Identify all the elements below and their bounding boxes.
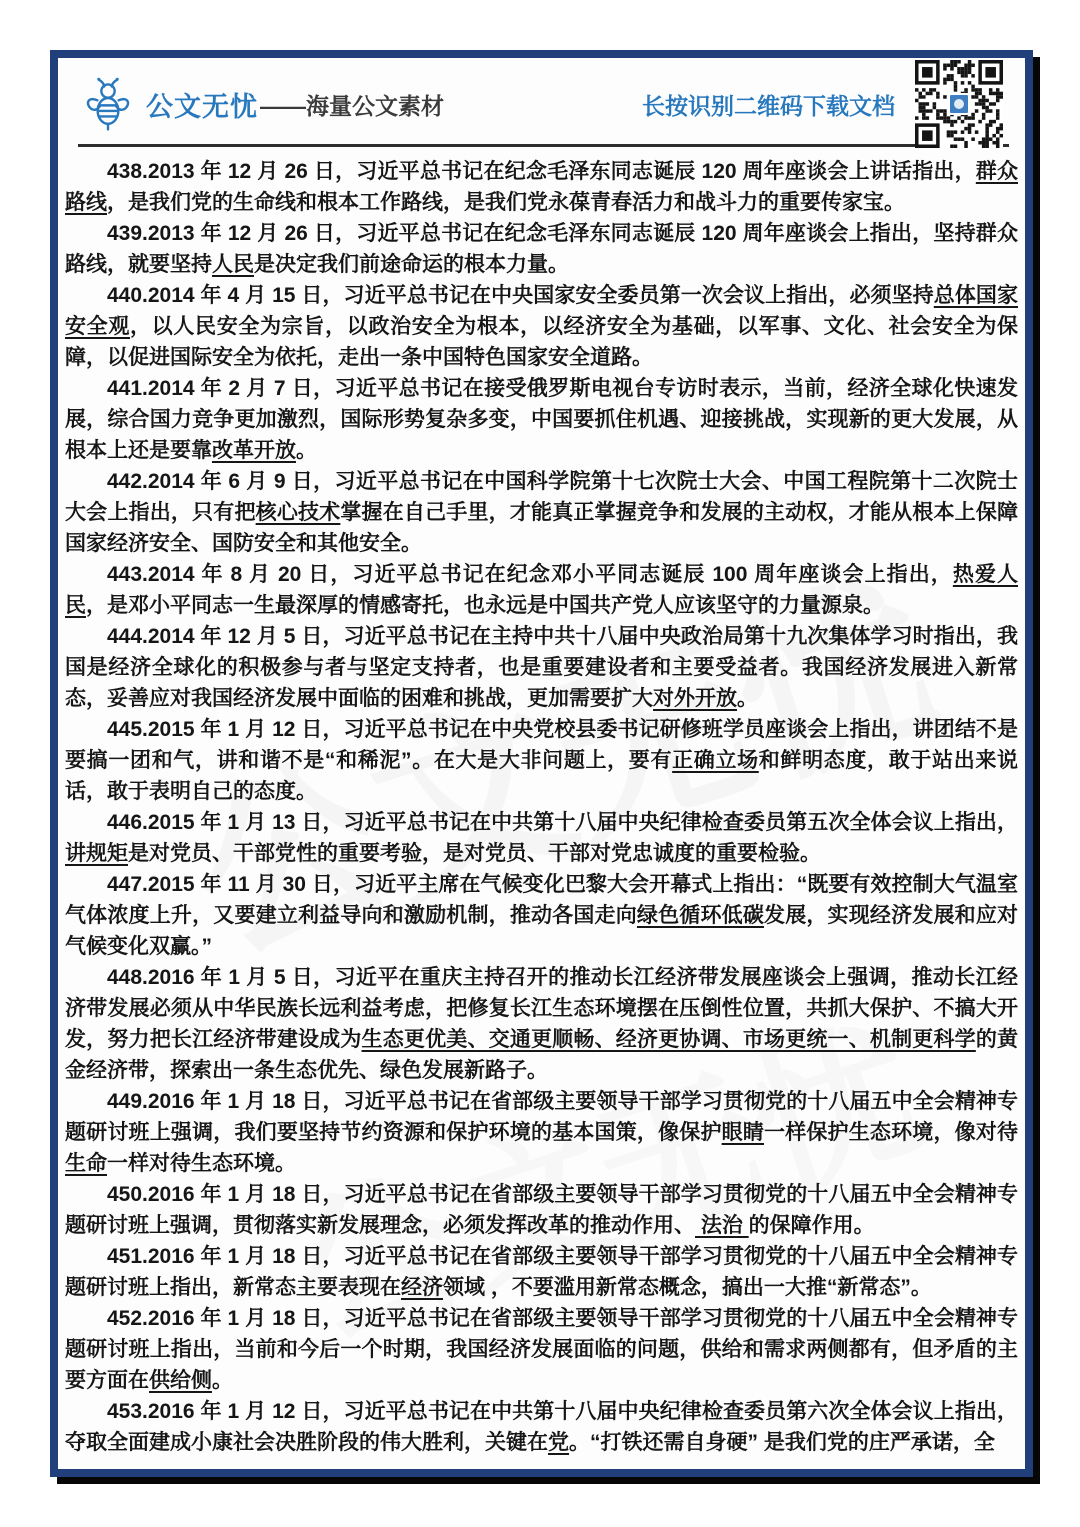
text-run: 。 (737, 687, 758, 710)
brand-suffix: ——海量公文素材 (260, 88, 444, 121)
paragraph: 451.2016 年 1 月 18 日，习近平总书记在省部级主要领导干部学习贯彻… (65, 1241, 1018, 1303)
paragraph: 452.2016 年 1 月 18 日，习近平总书记在省部级主要领导干部学习贯彻… (65, 1303, 1018, 1396)
underlined-term: 党 (548, 1431, 569, 1454)
text-run: 一样保护生态环境，像对待 (764, 1121, 1018, 1144)
qr-code (915, 60, 1003, 148)
paragraph: 438.2013 年 12 月 26 日，习近平总书记在纪念毛泽东同志诞辰 12… (65, 156, 1018, 218)
paragraph: 439.2013 年 12 月 26 日，习近平总书记在纪念毛泽东同志诞辰 12… (65, 218, 1018, 280)
brand: 公文无忧 ——海量公文素材 (84, 76, 444, 132)
bee-icon (84, 76, 132, 132)
underlined-term: 人民 (212, 253, 254, 276)
underlined-term: 讲规矩 (65, 842, 128, 865)
document-body: 438.2013 年 12 月 26 日，习近平总书记在纪念毛泽东同志诞辰 12… (58, 147, 1025, 1458)
text-run: ，以人民安全为宗旨，以政治安全为根本，以经济安全为基础，以军事、文化、社会安全为… (65, 315, 1018, 369)
text-run: 是决定我们前途命运的根本力量。 (254, 253, 569, 276)
text-run: 。 (212, 1369, 233, 1392)
page: { "header": { "logo_icon": "bee-icon", "… (0, 0, 1080, 1527)
underlined-term: 经济 (401, 1276, 443, 1299)
text-run: ，是邓小平同志一生最深厚的情感寄托，也永远是中国共产党人应该坚守的力量源泉。 (86, 594, 884, 617)
text-run: 的保障作用。 (749, 1214, 875, 1237)
paragraph: 447.2015 年 11 月 30 日，习近平主席在气候变化巴黎大会开幕式上指… (65, 869, 1018, 962)
text-run: 是对党员、干部党性的重要考验，是对党员、干部对党忠诚度的重要检验。 (128, 842, 821, 865)
paragraph: 441.2014 年 2 月 7 日，习近平总书记在接受俄罗斯电视台专访时表示，… (65, 373, 1018, 466)
qr-hint-text: 长按识别二维码下载文档 (642, 88, 895, 121)
text-run: 441.2014 年 2 月 7 日，习近平总书记在接受俄罗斯电视台专访时表示，… (65, 377, 1018, 462)
underlined-term: 法治 (695, 1214, 749, 1237)
qr-logo-glyph-icon (954, 99, 964, 109)
text-run: 444.2014 年 12 月 5 日，习近平总书记在主持中共十八届中央政治局第… (65, 625, 1018, 710)
underlined-term: 对外开放 (653, 687, 737, 710)
paragraph: 449.2016 年 1 月 18 日，习近平总书记在省部级主要领导干部学习贯彻… (65, 1086, 1018, 1179)
underlined-term: 眼睛 (722, 1121, 764, 1144)
text-run: 438.2013 年 12 月 26 日，习近平总书记在纪念毛泽东同志诞辰 12… (107, 160, 976, 183)
document-header: 公文无忧 ——海量公文素材 长按识别二维码下载文档 (58, 58, 1025, 144)
text-run: 446.2015 年 1 月 13 日，习近平总书记在中共第十八届中央纪律检查委… (107, 811, 1018, 834)
text-run: 440.2014 年 4 月 15 日，习近平总书记在中央国家安全委员第一次会议… (107, 284, 934, 307)
underlined-term: 改革开放 (212, 439, 296, 462)
underlined-term: 生态更优美、交通更顺畅、经济更协调、市场更统一、机制更科学 (362, 1028, 976, 1051)
paragraph: 448.2016 年 1 月 5 日，习近平在重庆主持召开的推动长江经济带发展座… (65, 962, 1018, 1086)
text-run: 领域 ，不要滥用新常态概念，搞出一大推“新常态”。 (443, 1276, 932, 1299)
text-run: 450.2016 年 1 月 18 日，习近平总书记在省部级主要领导干部学习贯彻… (65, 1183, 1018, 1237)
paragraph: 446.2015 年 1 月 13 日，习近平总书记在中共第十八届中央纪律检查委… (65, 807, 1018, 869)
brand-name: 公文无忧 (146, 85, 258, 124)
text-run: 一样对待生态环境。 (107, 1152, 296, 1175)
text-run: ，是我们党的生命线和根本工作路线，是我们党永葆青春活力和战斗力的重要传家宝。 (107, 191, 905, 214)
paragraph: 453.2016 年 1 月 12 日，习近平总书记在中共第十八届中央纪律检查委… (65, 1396, 1018, 1458)
underlined-term: 绿色循环低碳 (637, 904, 764, 927)
paragraph: 444.2014 年 12 月 5 日，习近平总书记在主持中共十八届中央政治局第… (65, 621, 1018, 714)
document-frame: 公文无忧 公文无忧 (50, 50, 1033, 1477)
paragraph: 450.2016 年 1 月 18 日，习近平总书记在省部级主要领导干部学习贯彻… (65, 1179, 1018, 1241)
paragraph: 445.2015 年 1 月 12 日，习近平总书记在中央党校县委书记研修班学员… (65, 714, 1018, 807)
text-run: 。“打铁还需自身硬” 是我们党的庄严承诺，全 (569, 1431, 995, 1454)
text-run: 。 (296, 439, 317, 462)
underlined-term: 生命 (65, 1152, 107, 1175)
paragraph: 442.2014 年 6 月 9 日，习近平总书记在中国科学院第十七次院士大会、… (65, 466, 1018, 559)
paragraph: 443.2014 年 8 月 20 日，习近平总书记在纪念邓小平同志诞辰 100… (65, 559, 1018, 621)
qr-center-logo (948, 93, 970, 115)
text-run: 443.2014 年 8 月 20 日，习近平总书记在纪念邓小平同志诞辰 100… (107, 563, 953, 586)
underlined-term: 正确立场 (672, 749, 759, 772)
underlined-term: 供给侧 (149, 1369, 212, 1392)
paragraph: 440.2014 年 4 月 15 日，习近平总书记在中央国家安全委员第一次会议… (65, 280, 1018, 373)
underlined-term: 核心技术 (256, 501, 341, 524)
